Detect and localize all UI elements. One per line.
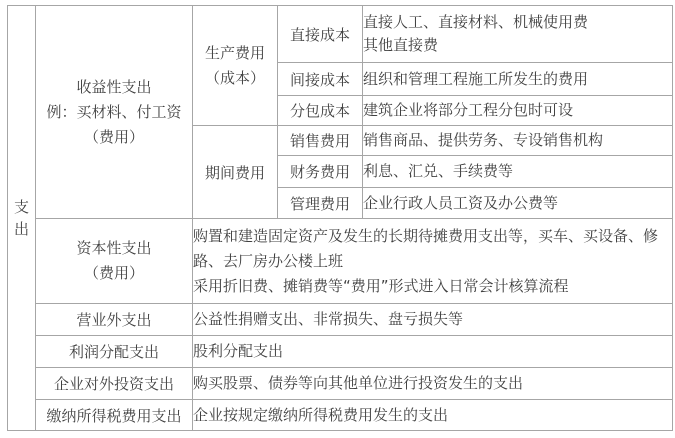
revenue-expenditure-label: 收益性支出 [36,75,192,100]
capital-expenditure-label: 资本性支出 [36,236,192,261]
income-tax-expenditure-desc: 企业按规定缴纳所得税费用发生的支出 [193,406,448,424]
selling-expense-desc-cell: 销售商品、提供劳务、专设销售机构 [363,126,673,156]
income-tax-expenditure-label: 缴纳所得税费用支出 [46,407,181,425]
period-expense-group-cell: 期间费用 [193,126,278,219]
profit-distribution-expenditure-desc-cell: 股利分配支出 [193,336,673,368]
external-investment-expenditure-desc: 购买股票、债券等向其他单位进行投资发生的支出 [193,374,523,392]
production-cost-note: （成本） [193,66,277,91]
external-investment-expenditure-cell: 企业对外投资支出 [36,368,193,400]
finance-expense-desc-cell: 利息、汇兑、手续费等 [363,156,673,188]
finance-expense-desc: 利息、汇兑、手续费等 [363,162,513,180]
expense-table: 支出 收益性支出 例：买材料、付工资 （费用） 生产费用 （成本） 直接成本 直… [7,5,673,431]
profit-distribution-expenditure-cell: 利润分配支出 [36,336,193,368]
revenue-expenditure-note: （费用） [36,125,192,150]
expenditure-root-cell: 支出 [8,6,36,431]
admin-expense-cell: 管理费用 [278,188,363,219]
capital-expenditure-cell: 资本性支出 （费用） [36,219,193,304]
profit-distribution-expenditure-desc: 股利分配支出 [193,342,283,360]
admin-expense-desc: 企业行政人员工资及办公费等 [363,194,558,212]
non-operating-expenditure-desc: 公益性捐赠支出、非常损失、盘亏损失等 [193,310,463,328]
capital-expenditure-note: （费用） [36,261,192,286]
external-investment-expenditure-desc-cell: 购买股票、债券等向其他单位进行投资发生的支出 [193,368,673,400]
capital-expenditure-desc-para2: 采用折旧费、摊销费等“费用”形式进入日常会计核算流程 [193,274,672,299]
selling-expense-desc: 销售商品、提供劳务、专设销售机构 [363,131,603,149]
profit-distribution-expenditure-label: 利润分配支出 [69,343,159,361]
external-investment-expenditure-label: 企业对外投资支出 [54,375,174,393]
direct-cost-desc-line2: 其他直接费 [363,34,672,57]
selling-expense-label: 销售费用 [290,132,350,150]
capital-expenditure-desc-para1: 购置和建造固定资产及发生的长期待摊费用支出等，买车、买设备、修路、去厂房办公楼上… [193,224,672,274]
expenditure-root-label: 支出 [14,196,30,240]
period-expense-label: 期间费用 [205,164,265,182]
non-operating-expenditure-cell: 营业外支出 [36,304,193,336]
indirect-cost-desc-cell: 组织和管理工程施工所发生的费用 [363,63,673,96]
subcontract-cost-desc-cell: 建筑企业将部分工程分包时可设 [363,96,673,126]
production-cost-group-cell: 生产费用 （成本） [193,6,278,126]
finance-expense-cell: 财务费用 [278,156,363,188]
production-cost-label: 生产费用 [193,41,277,66]
income-tax-expenditure-desc-cell: 企业按规定缴纳所得税费用发生的支出 [193,400,673,431]
admin-expense-desc-cell: 企业行政人员工资及办公费等 [363,188,673,219]
subcontract-cost-desc: 建筑企业将部分工程分包时可设 [363,101,573,119]
subcontract-cost-label: 分包成本 [290,102,350,120]
direct-cost-label: 直接成本 [290,26,350,44]
indirect-cost-desc: 组织和管理工程施工所发生的费用 [363,70,588,88]
non-operating-expenditure-label: 营业外支出 [76,311,151,329]
revenue-expenditure-example: 例：买材料、付工资 [36,100,192,125]
direct-cost-cell: 直接成本 [278,6,363,63]
selling-expense-cell: 销售费用 [278,126,363,156]
direct-cost-desc-cell: 直接人工、直接材料、机械使用费 其他直接费 [363,6,673,63]
non-operating-expenditure-desc-cell: 公益性捐赠支出、非常损失、盘亏损失等 [193,304,673,336]
admin-expense-label: 管理费用 [290,195,350,213]
indirect-cost-label: 间接成本 [290,71,350,89]
indirect-cost-cell: 间接成本 [278,63,363,96]
capital-expenditure-desc-cell: 购置和建造固定资产及发生的长期待摊费用支出等，买车、买设备、修路、去厂房办公楼上… [193,219,673,304]
revenue-expenditure-cell: 收益性支出 例：买材料、付工资 （费用） [36,6,193,219]
page: 支出 收益性支出 例：买材料、付工资 （费用） 生产费用 （成本） 直接成本 直… [0,0,675,438]
finance-expense-label: 财务费用 [290,163,350,181]
direct-cost-desc-line1: 直接人工、直接材料、机械使用费 [363,11,672,34]
income-tax-expenditure-cell: 缴纳所得税费用支出 [36,400,193,431]
subcontract-cost-cell: 分包成本 [278,96,363,126]
